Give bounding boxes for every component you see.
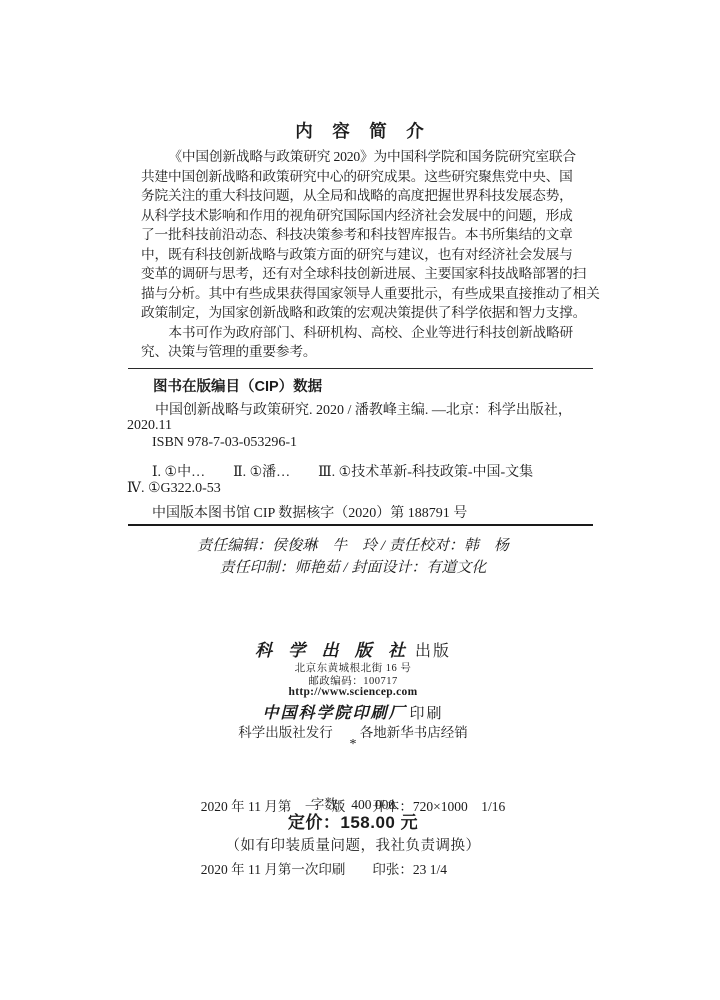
intro-line: 政策制定，为国家创新战略和政策的宏观决策提供了科学依据和智力支撑。 [141, 303, 583, 323]
quality-notice: （如有印装质量问题，我社负责调换） [0, 834, 706, 855]
publisher-suffix: 出版 [415, 643, 451, 660]
intro-line: 究、决策与管理的重要参考。 [141, 342, 583, 362]
publisher-website: http://www.sciencep.com [0, 686, 706, 698]
publisher-logotype: 科 学 出 版 社 [255, 641, 411, 660]
cip-bottom-rule [128, 524, 593, 526]
cip-classification-line-2: Ⅳ. ①G322.0-53 [127, 480, 221, 497]
cip-classification-line-1: Ⅰ. ①中… Ⅱ. ①潘… Ⅲ. ①技术革新-科技政策-中国-文集 [152, 461, 533, 481]
cip-title-line: 中国创新战略与政策研究. 2020 / 潘教峰主编. —北京：科学出版社， [155, 399, 572, 419]
responsible-production-line: 责任印制：师艳茹 / 封面设计：有道文化 [0, 556, 706, 577]
intro-line: 描与分析。其中有些成果获得国家领导人重要批示，有些成果直接推动了相关 [141, 284, 583, 304]
publisher-line: 科 学 出 版 社出版 [0, 636, 706, 661]
printer-line: 中国科学院印刷厂印刷 [0, 700, 706, 723]
cip-top-rule [128, 368, 593, 369]
separator-asterisk: * [0, 737, 706, 753]
intro-line: 《中国创新战略与政策研究 2020》为中国科学院和国务院研究室联合 [141, 147, 583, 167]
cip-record-number: 中国版本图书馆 CIP 数据核字（2020）第 188791 号 [152, 502, 467, 522]
intro-line: 中，既有科技创新战略与政策方面的研究与建议，也有对经济社会发展与 [141, 245, 583, 265]
cip-year-line: 2020.11 [127, 418, 172, 434]
first-print-line: 2020 年 11 月第一次印刷 印张：23 1/4 [201, 859, 506, 880]
cip-isbn: ISBN 978-7-03-053296-1 [152, 435, 297, 451]
intro-line: 共建中国创新战略和政策研究中心的研究成果。这些研究聚焦党中央、国 [141, 167, 583, 187]
responsible-editors-line: 责任编辑：侯俊琳 牛 玲 / 责任校对：韩 杨 [0, 534, 706, 555]
printer-suffix: 印刷 [410, 706, 444, 722]
printer-logotype: 中国科学院印刷厂 [262, 705, 406, 722]
content-summary-title: 内 容 简 介 [0, 118, 720, 143]
price-line: 定价：158.00 元 [0, 808, 706, 833]
intro-line: 了一批科技前沿动态、科技决策参考和科技智库报告。本书所集结的文章 [141, 225, 583, 245]
content-summary-paragraphs: 《中国创新战略与政策研究 2020》为中国科学院和国务院研究室联合 共建中国创新… [141, 147, 583, 362]
intro-line: 本书可作为政府部门、科研机构、高校、企业等进行科技创新战略研 [141, 323, 583, 343]
intro-line: 务院关注的重大科技问题，从全局和战略的高度把握世界科技发展态势， [141, 186, 583, 206]
cip-heading: 图书在版编目（CIP）数据 [153, 375, 322, 396]
intro-line: 从科学技术影响和作用的视角研究国际国内经济社会发展中的问题，形成 [141, 206, 583, 226]
intro-line: 变革的调研与思考，还有对全球科技创新进展、主要国家科技战略部署的扫 [141, 264, 583, 284]
